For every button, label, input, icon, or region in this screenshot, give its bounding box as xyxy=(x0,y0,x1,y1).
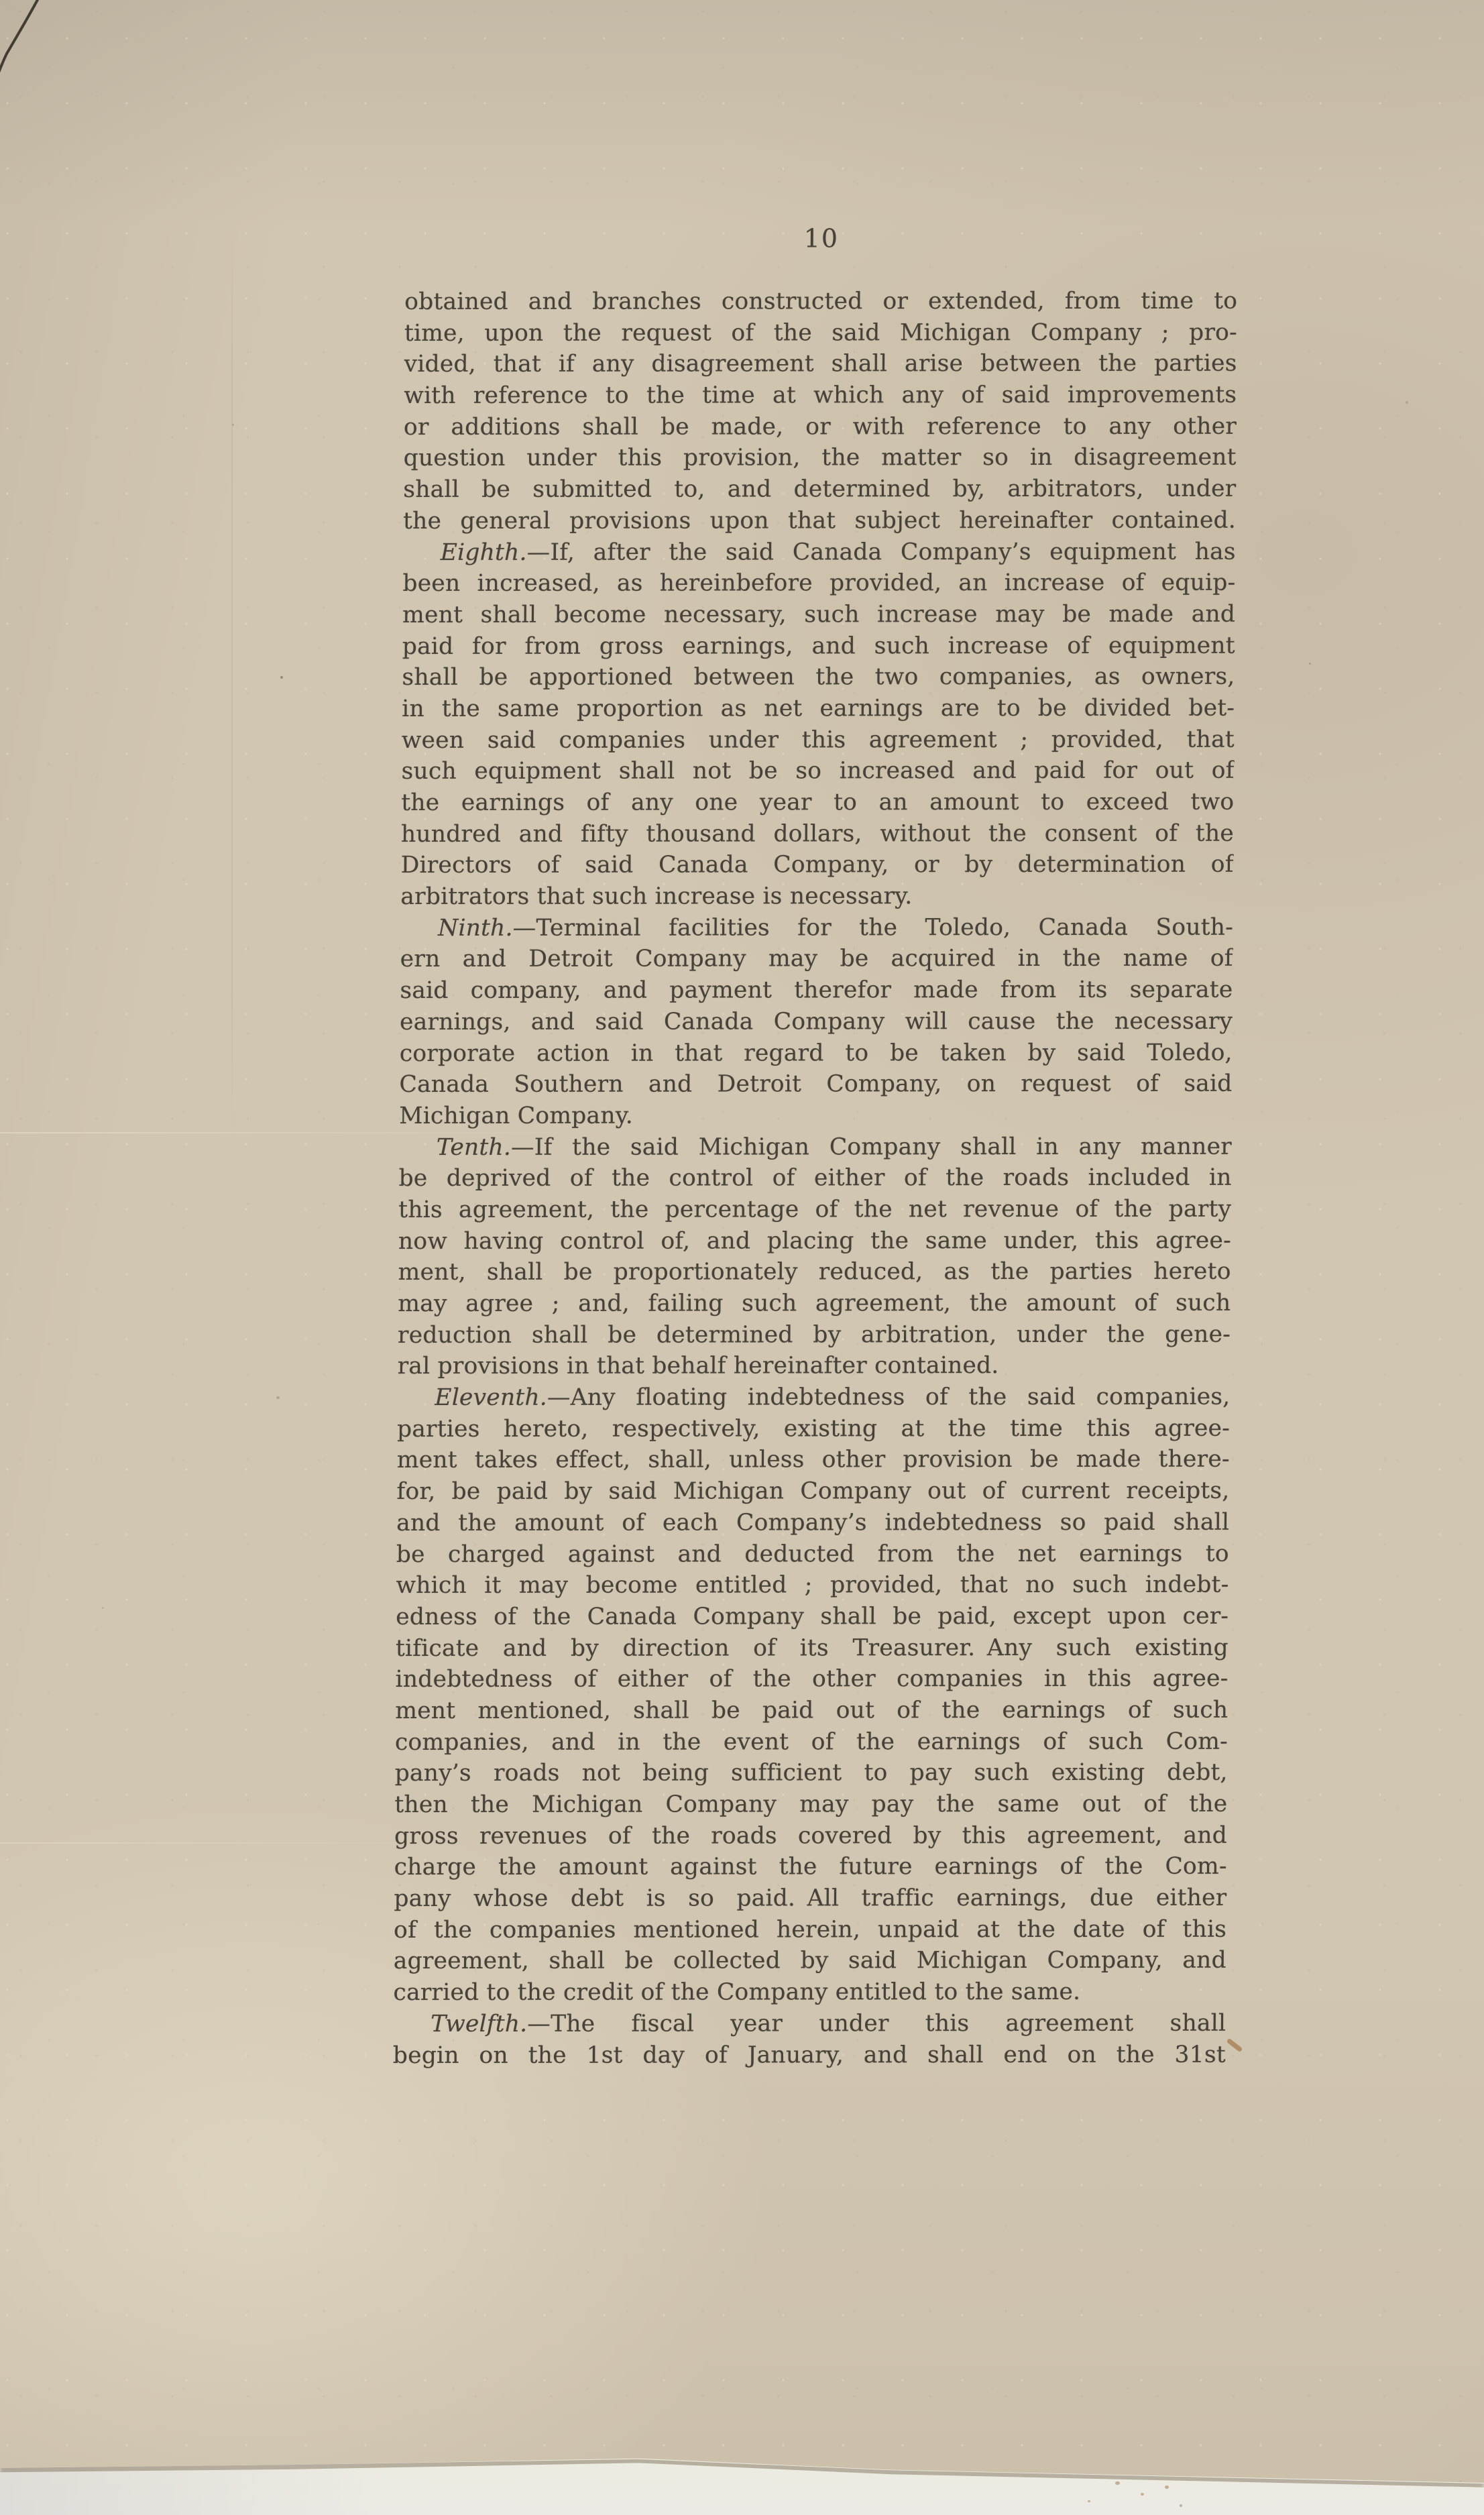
paragraph: Eleventh.—Any floating indebtedness of t… xyxy=(393,1382,1230,2009)
text-line: begin on the 1st day of January, and sha… xyxy=(393,2039,1226,2071)
paper-speck xyxy=(1309,663,1311,665)
page-number: 10 xyxy=(405,222,1238,255)
paragraph: obtained and branches constructed or ext… xyxy=(403,286,1237,537)
text-line: tificate and by direction of its Treasur… xyxy=(396,1632,1229,1664)
paragraph: Tenth.—If the said Michigan Company shal… xyxy=(398,1131,1232,1382)
text-line: in the same proportion as net earnings a… xyxy=(402,693,1235,725)
text-line: ral provisions in that behalf hereinafte… xyxy=(398,1350,1231,1382)
text-line: question under this provision, the matte… xyxy=(404,442,1237,474)
paper-speck xyxy=(280,676,283,679)
paragraph: Eighth.—If, after the said Canada Compan… xyxy=(400,536,1236,913)
text-line: Canada Southern and Detroit Company, on … xyxy=(399,1068,1232,1101)
text-line: be charged against and deducted from the… xyxy=(396,1538,1229,1570)
stain-speck xyxy=(1141,2493,1144,2496)
text-line: Eighth.—If, after the said Canada Compan… xyxy=(403,536,1236,568)
text-line: arbitrators that such increase is necess… xyxy=(400,881,1233,913)
text-line: Michigan Company. xyxy=(399,1100,1232,1132)
text-line: for, be paid by said Michigan Company ou… xyxy=(396,1475,1229,1508)
text-line: indebtedness of either of the other comp… xyxy=(395,1663,1228,1695)
text-line: ern and Detroit Company may be acquired … xyxy=(400,943,1233,975)
paragraph-lead-word: Ninth. xyxy=(438,915,513,942)
paragraph-lead-word: Eighth. xyxy=(441,539,527,565)
text-line: shall be submitted to, and determined by… xyxy=(403,473,1236,506)
paragraph: Twelfth.—The fiscal year under this agre… xyxy=(393,2008,1226,2072)
text-line: corporate action in that regard to be ta… xyxy=(400,1037,1233,1069)
text-line: with reference to the time at which any … xyxy=(404,380,1237,412)
text-line: then the Michigan Company may pay the sa… xyxy=(394,1789,1227,1821)
text-line: and the amount of each Company’s indebte… xyxy=(396,1507,1229,1539)
corner-crack-line xyxy=(0,0,54,75)
text-line: of the companies mentioned herein, unpai… xyxy=(394,1913,1226,1946)
text-line: been increased, as hereinbefore provided… xyxy=(402,567,1235,600)
text-line: Directors of said Canada Company, or by … xyxy=(400,849,1233,881)
text-line: parties hereto, respectively, existing a… xyxy=(397,1412,1230,1445)
stain-speck xyxy=(1088,2500,1090,2502)
text-line: time, upon the request of the said Michi… xyxy=(404,317,1237,349)
paper-speck xyxy=(276,1396,280,1399)
text-line: Twelfth.—The fiscal year under this agre… xyxy=(393,2008,1226,2040)
text-run: —The fiscal year under this agreement sh… xyxy=(527,2010,1226,2037)
text-line: said company, and payment therefor made … xyxy=(400,974,1233,1007)
text-line: companies, and in the event of the earni… xyxy=(395,1726,1228,1758)
stain-speck xyxy=(1180,2504,1182,2507)
stain-speck xyxy=(1115,2481,1120,2485)
text-line: ween said companies under this agreement… xyxy=(402,724,1235,756)
text-line: or additions shall be made, or with refe… xyxy=(404,410,1237,443)
text-line: such equipment shall not be so increased… xyxy=(401,755,1234,787)
text-line: vided, that if any disagreement shall ar… xyxy=(404,348,1237,380)
page-paper: 10 obtained and branches constructed or … xyxy=(0,0,1484,2515)
paragraph: Ninth.—Terminal facilities for the Toled… xyxy=(399,911,1233,1131)
text-line: now having control of, and placing the s… xyxy=(398,1225,1231,1257)
text-line: may agree ; and, failing such agreement,… xyxy=(398,1288,1231,1320)
paper-texture: 10 obtained and branches constructed or … xyxy=(0,0,1484,2515)
text-run: —Any floating indebtedness of the said c… xyxy=(547,1384,1231,1411)
paper-crease xyxy=(231,208,233,1147)
text-line: ment, shall be proportionately reduced, … xyxy=(398,1256,1231,1288)
text-line: paid for from gross earnings, and such i… xyxy=(402,630,1235,662)
text-line: charge the amount against the future ear… xyxy=(394,1851,1227,1883)
text-line: ment takes effect, shall, unless other p… xyxy=(397,1444,1230,1476)
text-run: —Terminal facilities for the Toledo, Can… xyxy=(513,913,1234,941)
text-line: pany whose debt is so paid. All traffic … xyxy=(394,1883,1226,1915)
paper-speck xyxy=(102,1607,104,1609)
text-line: Tenth.—If the said Michigan Company shal… xyxy=(399,1131,1232,1163)
text-line: shall be apportioned between the two com… xyxy=(402,661,1235,693)
text-line: ment mentioned, shall be paid out of the… xyxy=(395,1695,1228,1727)
paper-speck xyxy=(1406,401,1408,404)
text-line: the earnings of any one year to an amoun… xyxy=(401,787,1234,819)
stain-speck xyxy=(1165,2485,1169,2489)
text-run: —If, after the said Canada Company’s equ… xyxy=(527,538,1236,565)
text-line: hundred and fifty thousand dollars, with… xyxy=(401,818,1234,850)
paragraph-lead-word: Tenth. xyxy=(437,1133,512,1160)
text-line: the general provisions upon that subject… xyxy=(403,505,1236,537)
text-line: Eleventh.—Any floating indebtedness of t… xyxy=(397,1382,1230,1414)
text-line: be deprived of the control of either of … xyxy=(398,1162,1231,1194)
text-line: Ninth.—Terminal facilities for the Toled… xyxy=(400,911,1233,944)
text-line: reduction shall be determined by arbitra… xyxy=(398,1319,1231,1351)
scanned-book-page: 10 obtained and branches constructed or … xyxy=(0,0,1484,2515)
text-line: agreement, shall be collected by said Mi… xyxy=(394,1945,1226,1977)
text-line: obtained and branches constructed or ext… xyxy=(404,286,1237,318)
document-text: obtained and branches constructed or ext… xyxy=(393,286,1238,2071)
rust-pen-mark xyxy=(1226,2038,1243,2053)
paragraph-lead-word: Twelfth. xyxy=(431,2011,527,2037)
text-line: pany’s roads not being sufficient to pay… xyxy=(395,1757,1228,1789)
page-content: 10 obtained and branches constructed or … xyxy=(393,222,1238,2071)
paragraph-lead-word: Eleventh. xyxy=(435,1384,547,1411)
text-line: carried to the credit of the Company ent… xyxy=(393,1976,1226,2009)
paper-speck xyxy=(232,424,234,426)
text-line: gross revenues of the roads covered by t… xyxy=(394,1820,1227,1852)
text-line: which it may become entitled ; provided,… xyxy=(396,1569,1229,1602)
text-line: ment shall become necessary, such increa… xyxy=(402,599,1235,631)
text-line: this agreement, the percentage of the ne… xyxy=(398,1194,1231,1226)
text-run: —If the said Michigan Company shall in a… xyxy=(511,1133,1232,1160)
text-line: edness of the Canada Company shall be pa… xyxy=(396,1601,1229,1633)
text-line: earnings, and said Canada Company will c… xyxy=(400,1006,1233,1038)
